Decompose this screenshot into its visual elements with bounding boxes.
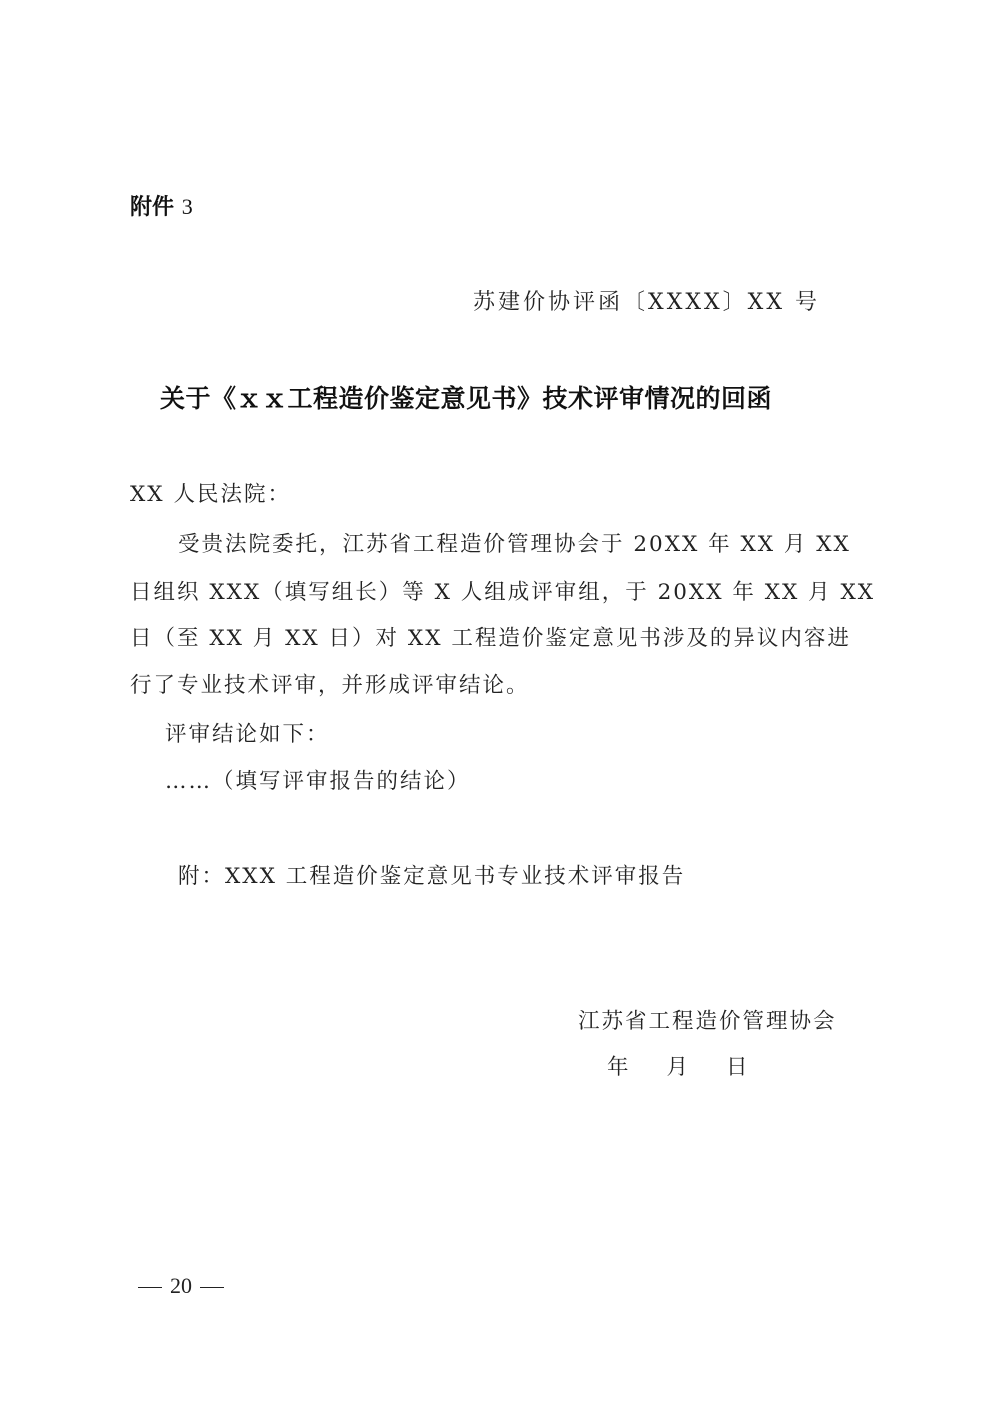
- dash-left: [138, 1287, 162, 1288]
- paragraph-line: 日组织 XXX（填写组长）等 X 人组成评审组，于 20XX 年 XX 月 XX: [130, 582, 875, 604]
- salutation: XX 人民法院：: [130, 484, 291, 506]
- signature-organization: 江苏省工程造价管理协会: [578, 1011, 837, 1033]
- paragraph-line: 受贵法院委托，江苏省工程造价管理协会于 20XX 年 XX 月 XX: [178, 534, 851, 556]
- attachment-note: 附：XXX 工程造价鉴定意见书专业技术评审报告: [178, 866, 685, 888]
- attachment-label: 附件 3: [130, 196, 193, 219]
- paragraph-line: 行了专业技术评审，并形成评审结论。: [130, 675, 530, 697]
- date-day: 日: [726, 1057, 750, 1079]
- date-year: 年: [607, 1057, 631, 1079]
- signature-date: 年月日: [607, 1057, 750, 1079]
- page-number-value: 20: [170, 1273, 192, 1298]
- attachment-label-text: 附件: [130, 195, 174, 220]
- conclusion-heading: 评审结论如下：: [165, 724, 330, 746]
- document-number: 苏建价协评函〔XXXX〕XX 号: [473, 292, 820, 314]
- paragraph-line: 日（至 XX 月 XX 日）对 XX 工程造价鉴定意见书涉及的异议内容进: [130, 628, 851, 650]
- attachment-number: 3: [182, 194, 193, 219]
- page-number: 20: [130, 1275, 232, 1297]
- conclusion-body: ……（填写评审报告的结论）: [165, 771, 471, 793]
- document-title: 关于《ｘｘ工程造价鉴定意见书》技术评审情况的回函: [160, 386, 772, 411]
- date-month: 月: [667, 1057, 691, 1079]
- dash-right: [200, 1287, 224, 1288]
